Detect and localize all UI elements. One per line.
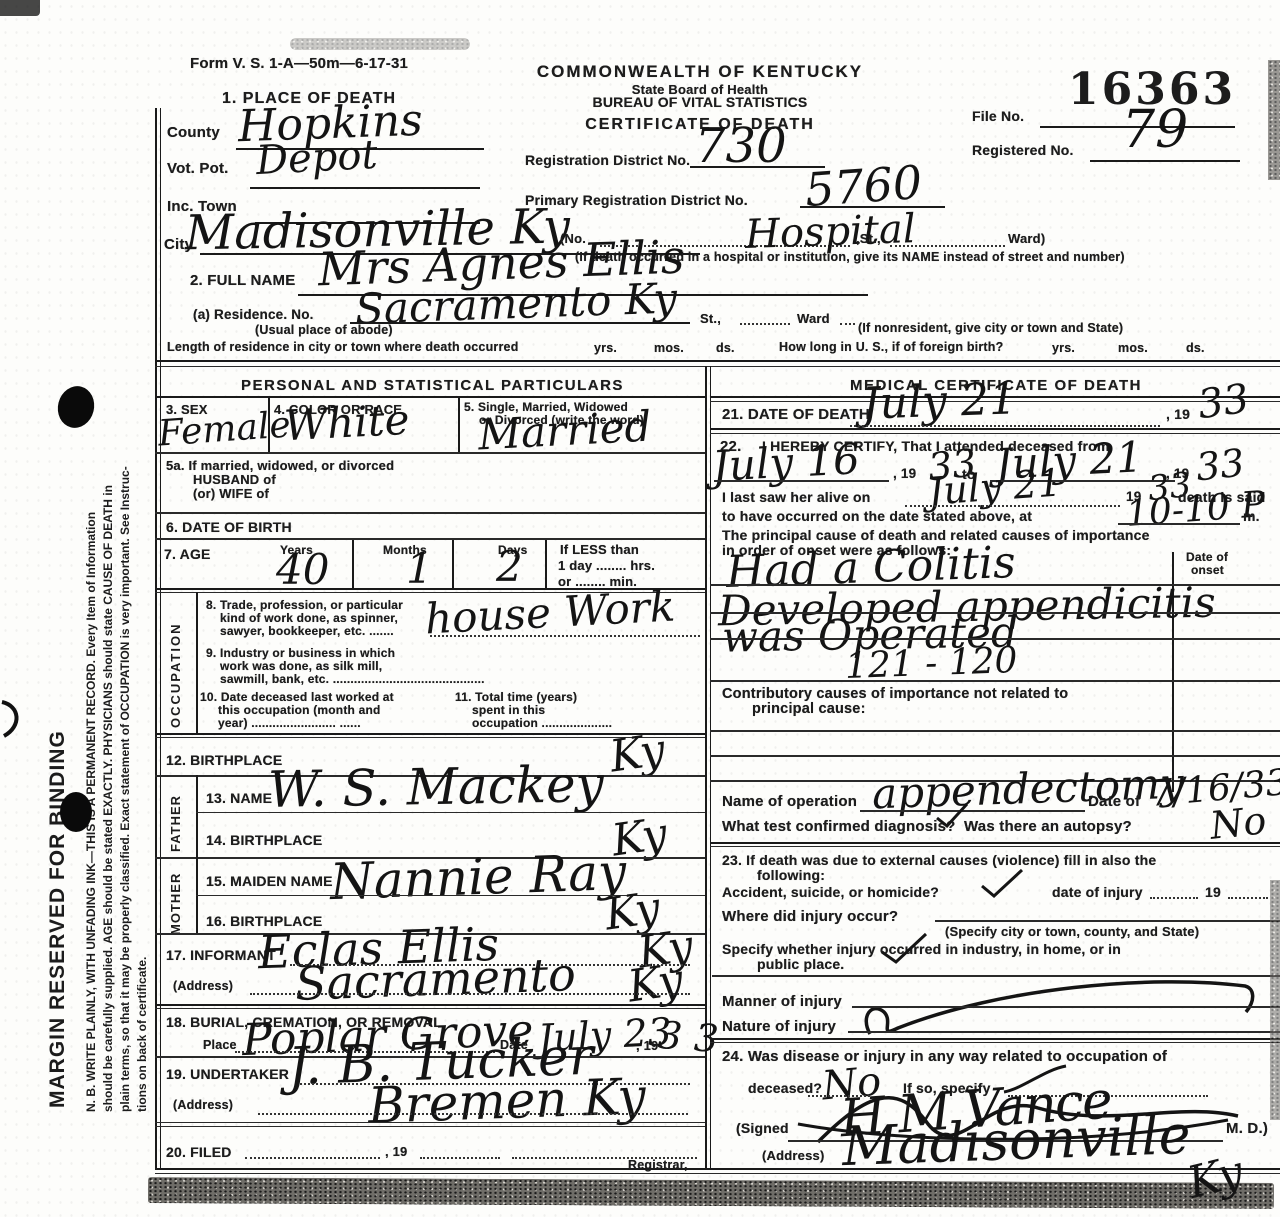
residence-dash-2 xyxy=(840,322,855,325)
registered-no-line xyxy=(1090,160,1240,162)
operation-label: Name of operation xyxy=(722,793,857,810)
residence-st-label: St., xyxy=(700,311,721,326)
physician-address-extra: Ky xyxy=(1183,1150,1247,1206)
check-mark-icon xyxy=(880,930,928,964)
contributory-rule-2 xyxy=(710,755,1280,757)
manner-line xyxy=(852,1006,1280,1008)
md-label: M. D.) xyxy=(1226,1120,1268,1137)
last-saw-label: I last saw her alive on xyxy=(722,489,871,505)
operation-line xyxy=(860,810,1085,812)
contributory-label-1: Contributory causes of importance not re… xyxy=(722,686,1068,702)
accident-label: Accident, suicide, or homicide? xyxy=(722,884,939,900)
vot-pot-label: Vot. Pot. xyxy=(167,160,229,177)
vot-pot-value: Depot xyxy=(255,135,378,181)
birthplace-value: Ky xyxy=(607,728,668,779)
color-marital-divider xyxy=(458,398,460,452)
header-separator-inner xyxy=(155,366,1280,367)
husband-of-label: HUSBAND of xyxy=(193,472,276,487)
date-of-onset-label-1: Date of xyxy=(1186,550,1228,564)
residence-dash xyxy=(740,322,790,325)
autopsy-value: No xyxy=(1208,801,1268,845)
form-number: Form V. S. 1-A—50m—6-17-31 xyxy=(190,55,408,72)
occupation-vertical-label: OCCUPATION xyxy=(168,593,183,728)
cause-rule-4 xyxy=(710,680,1280,682)
trade-label-3: sawyer, bookkeeper, etc. ....... xyxy=(220,624,394,638)
specify-injury-label-2: public place. xyxy=(757,956,844,972)
occurred-label: to have occurred on the date stated abov… xyxy=(722,508,1032,524)
time-line xyxy=(1118,523,1240,525)
physician-address-label: (Address) xyxy=(762,1148,824,1163)
registered-no-label: Registered No. xyxy=(972,142,1074,158)
undertaker-address-label: (Address) xyxy=(173,1098,233,1112)
father-vertical-label: FATHER xyxy=(168,777,183,852)
hospital-st-label: ,St., xyxy=(856,231,881,246)
ds-label: ds. xyxy=(716,341,735,355)
hospital-dotline-2 xyxy=(890,244,1005,247)
margin-binding-text: MARGIN RESERVED FOR BINDING xyxy=(46,443,70,1108)
margin-note-line-4: tions on back of certificate. xyxy=(135,277,149,1112)
nature-of-injury-label: Nature of injury xyxy=(722,1018,836,1035)
dob-rule xyxy=(155,538,705,540)
informant-address-dotline xyxy=(250,992,690,995)
married-5a-label: 5a. If married, widowed, or divorced xyxy=(166,458,394,473)
undertaker-label: 19. UNDERTAKER xyxy=(166,1066,289,1082)
industry-label-3: sawmill, bank, etc. ....................… xyxy=(220,672,485,686)
bureau-subtitle: BUREAU OF VITAL STATISTICS xyxy=(470,94,930,110)
where-injury-label: Where did injury occur? xyxy=(722,908,898,925)
form-left-border-inner xyxy=(160,108,161,1170)
scan-noise-edge xyxy=(1270,880,1280,1120)
informant-address-state: Ky xyxy=(625,958,686,1009)
binding-hook-mark xyxy=(0,700,26,740)
sex-value: Female xyxy=(157,407,292,452)
age-years-value: 40 xyxy=(276,549,329,591)
dod-year-value: 33 xyxy=(1195,379,1251,426)
trade-label-1: 8. Trade, profession, or particular xyxy=(206,598,403,612)
from-line xyxy=(714,480,889,482)
time-m-label: m. xyxy=(1243,508,1260,524)
filed-dotline-2 xyxy=(420,1156,500,1159)
abode-note: (Usual place of abode) xyxy=(255,323,393,337)
contributory-label-2: principal cause: xyxy=(752,701,866,717)
sex-color-divider xyxy=(268,398,270,452)
county-label: County xyxy=(167,124,220,141)
informant-address-label: (Address) xyxy=(173,979,233,993)
personal-title-rule xyxy=(155,396,705,398)
age-divider-3 xyxy=(545,540,547,588)
wife-of-label: (or) WIFE of xyxy=(193,486,269,501)
age-divider-1 xyxy=(352,540,354,588)
q24-label: 24. Was disease or injury in any way rel… xyxy=(722,1048,1167,1065)
check-mark-icon xyxy=(980,866,1024,898)
undertaker-address-dotline xyxy=(258,1112,688,1115)
dod-dotline xyxy=(850,424,1160,427)
row3-rule xyxy=(155,452,705,454)
age-label: 7. AGE xyxy=(164,546,211,562)
personal-section-title: PERSONAL AND STATISTICAL PARTICULARS xyxy=(160,377,705,394)
age-days-value: 2 xyxy=(496,546,523,588)
dod-19-label: , 19 xyxy=(1166,406,1190,422)
primary-reg-label: Primary Registration District No. xyxy=(525,192,748,208)
if-less-label-1: If LESS than xyxy=(560,542,639,557)
institution-value: Hospital xyxy=(744,209,916,255)
file-no-label: File No. xyxy=(972,108,1024,124)
mos-label: mos. xyxy=(654,341,684,355)
injury-date-label: date of injury xyxy=(1052,884,1143,900)
father-divider xyxy=(196,775,198,857)
total-time-label-1: 11. Total time (years) xyxy=(455,690,577,704)
mos-label-2: mos. xyxy=(1118,341,1148,355)
injury-block-rule-inner xyxy=(710,1042,1280,1043)
maiden-name-value: Nannie Ray xyxy=(329,847,627,907)
autopsy-rule-inner xyxy=(710,846,1280,847)
father-name-value: W. S. Mackey xyxy=(268,759,605,815)
father-name-label: 13. NAME xyxy=(206,790,272,806)
ds-label-2: ds. xyxy=(1186,341,1205,355)
where-injury-line xyxy=(935,920,1280,922)
margin-note-line-2: should be carefully supplied. AGE should… xyxy=(101,277,115,1112)
industry-label-2: work was done, as silk mill, xyxy=(220,659,382,673)
birthplace-label: 12. BIRTHPLACE xyxy=(166,752,282,768)
trade-label-2: kind of work done, as spinner, xyxy=(220,611,398,625)
marital-value: Married xyxy=(477,405,652,456)
yrs-label-2: yrs. xyxy=(1052,341,1075,355)
reg-district-value: 730 xyxy=(695,122,787,170)
occupation-divider xyxy=(196,592,198,735)
full-name-label: 2. FULL NAME xyxy=(190,272,295,289)
informant-rule xyxy=(155,1004,705,1006)
injury-date-dotline xyxy=(1150,896,1198,899)
cause-rule-3 xyxy=(710,638,1280,640)
cause-of-death-line-4: 121 - 120 xyxy=(844,643,1018,685)
dob-label: 6. DATE OF BIRTH xyxy=(166,519,292,535)
residence-ward-label: Ward xyxy=(797,311,830,326)
external-causes-label-1: 23. If death was due to external causes … xyxy=(722,852,1156,868)
total-time-label-2: spent in this xyxy=(472,703,545,717)
mother-vertical-label: MOTHER xyxy=(168,860,183,935)
signed-label: (Signed xyxy=(736,1120,789,1136)
commonwealth-title: COMMONWEALTH OF KENTUCKY xyxy=(470,62,930,82)
date-of-death-label: 21. DATE OF DEATH xyxy=(722,406,870,423)
dod-rule-inner xyxy=(710,433,1280,434)
primary-reg-line xyxy=(800,206,945,208)
operation-date-label: Date of xyxy=(1088,793,1140,810)
father-birthplace-label: 14. BIRTHPLACE xyxy=(206,832,322,848)
last-worked-label-3: year) ........................ ...... xyxy=(218,716,361,730)
filed-label: 20. FILED xyxy=(166,1144,232,1160)
length-residence-label: Length of residence in city or town wher… xyxy=(167,340,519,354)
last-worked-label-2: this occupation (month and xyxy=(218,703,381,717)
date-of-death-value: July 21 xyxy=(861,377,1017,426)
filed-19-label: , 19 xyxy=(385,1144,407,1159)
filed-dotline-1 xyxy=(245,1156,380,1159)
edge-smudge xyxy=(0,0,40,16)
reg-district-label: Registration District No. xyxy=(525,152,690,168)
burial-place-label: Place xyxy=(203,1038,237,1052)
ink-blot xyxy=(60,792,92,832)
registered-no-value: 79 xyxy=(1122,104,1188,156)
burial-year-value: 3 3 xyxy=(657,1016,720,1058)
injury-19-label: 19 xyxy=(1205,884,1221,900)
primary-reg-value: 5760 xyxy=(804,159,924,213)
header-separator xyxy=(155,360,1280,362)
injury-19-dotline xyxy=(1228,896,1268,899)
if-less-label-2: 1 day ........ hrs. xyxy=(558,558,655,573)
color-race-value: White xyxy=(283,399,410,448)
industry-label-1: 9. Industry or business in which xyxy=(206,646,395,660)
injury-block-rule xyxy=(710,1038,1280,1040)
hospital-ward-label: Ward) xyxy=(1008,231,1045,246)
external-causes-label-2: following: xyxy=(757,867,825,883)
test-label: What test confirmed diagnosis? xyxy=(722,818,956,835)
autopsy-rule xyxy=(710,842,1280,844)
scan-noise-top xyxy=(290,38,470,50)
scan-noise-band xyxy=(148,1177,1274,1209)
residence-line xyxy=(350,322,690,324)
registrar-label: Registrar, xyxy=(628,1158,688,1172)
age-divider-2 xyxy=(452,540,454,588)
total-time-label-3: occupation .................... xyxy=(472,716,612,730)
age-months-value: 1 xyxy=(406,548,433,590)
last-worked-label-1: 10. Date deceased last worked at xyxy=(200,690,394,704)
undertaker-rule-inner xyxy=(155,1126,705,1127)
form-bottom-border-inner xyxy=(155,1173,1280,1174)
how-long-us-label: How long in U. S., if of foreign birth? xyxy=(779,340,1003,354)
row5a-rule xyxy=(155,512,705,514)
scan-noise-edge xyxy=(1268,60,1280,180)
manner-of-injury-label: Manner of injury xyxy=(722,993,842,1010)
informant-address-value: Sacramento xyxy=(294,951,576,1007)
autopsy-label: Was there an autopsy? xyxy=(964,818,1132,835)
residence-label: (a) Residence. No. xyxy=(193,307,314,322)
contributory-rule-1 xyxy=(710,730,1280,732)
nonresident-note: (If nonresident, give city or town and S… xyxy=(858,321,1123,335)
burial-year-printed: , 19 xyxy=(636,1038,658,1053)
trade-dotline xyxy=(430,634,700,637)
trade-value: house Work xyxy=(424,585,676,640)
pen-swoosh-mark xyxy=(850,972,1260,1044)
to-year-value: 33 xyxy=(1194,444,1246,487)
dod-rule xyxy=(710,428,1280,430)
last-saw-dotline xyxy=(905,504,1120,507)
yrs-label: yrs. xyxy=(594,341,617,355)
vot-pot-line xyxy=(250,187,480,189)
form-left-border xyxy=(155,108,157,1170)
death-certificate-scan: MARGIN RESERVED FOR BINDING N. B. WRITE … xyxy=(0,0,1280,1217)
physician-address-value: Madisonville xyxy=(841,1108,1191,1174)
nature-line xyxy=(848,1031,1280,1033)
margin-note-line-3: plain terms, so that it may be properly … xyxy=(118,277,132,1112)
from-19-label: , 19 xyxy=(893,466,916,481)
specify-note: (Specify city or town, county, and State… xyxy=(945,924,1199,939)
undertaker-rule xyxy=(155,1122,705,1123)
date-of-onset-label-2: onset xyxy=(1191,563,1224,577)
maiden-name-label: 15. MAIDEN NAME xyxy=(206,873,333,889)
